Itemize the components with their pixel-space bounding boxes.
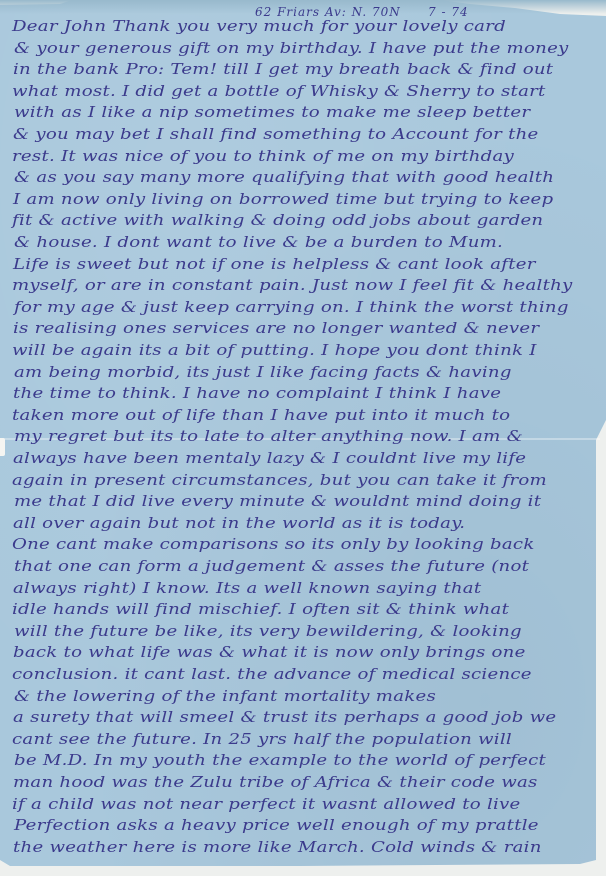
- letter-line: taken more out of life than I have put i…: [12, 409, 510, 424]
- letter-line: what most. I did get a bottle of Whisky …: [12, 85, 546, 100]
- letter-line: & as you say many more qualifying that w…: [14, 171, 554, 186]
- letter-line: myself, or are in constant pain. Just no…: [12, 279, 573, 294]
- letter-line: Perfection asks a heavy price well enoug…: [14, 819, 539, 834]
- letter-line: that one can form a judgement & asses th…: [14, 560, 529, 575]
- letter-line: will be again its a bit of putting. I ho…: [12, 344, 537, 359]
- letter-line: & house. I dont want to live & be a burd…: [14, 236, 503, 251]
- letter-line: Life is sweet but not if one is helpless…: [13, 258, 536, 273]
- letter-line: & your generous gift on my birthday. I h…: [14, 42, 569, 57]
- letter-line: cant see the future. In 25 yrs half the …: [12, 733, 512, 748]
- letter-line: conclusion. it cant last. the advance of…: [12, 668, 532, 683]
- letter-line: with as I like a nip sometimes to make m…: [14, 106, 530, 121]
- letter-line: idle hands will find mischief. I often s…: [12, 603, 509, 618]
- letter-line: again in present circumstances, but you …: [12, 474, 547, 489]
- letter-line: for my age & just keep carrying on. I th…: [14, 301, 569, 316]
- letter-line: will the future be like, its very bewild…: [14, 625, 522, 640]
- letter-line: fit & active with walking & doing odd jo…: [12, 214, 543, 229]
- letter-line: back to what life was & what it is now o…: [13, 646, 526, 661]
- letter-line: the time to think. I have no complaint I…: [13, 387, 501, 402]
- letter-line: & the lowering of the infant mortality m…: [14, 690, 436, 705]
- letter-line: & you may bet I shall find something to …: [13, 128, 539, 143]
- letter-address: 62 Friars Av: N. 70N: [255, 6, 401, 18]
- letter-line: all over again but not in the world as i…: [13, 517, 465, 532]
- letter-line: in the bank Pro: Tem! till I get my brea…: [13, 63, 553, 78]
- letter-line: always have been mentaly lazy & I couldn…: [13, 452, 526, 467]
- letter-line: if a child was not near perfect it wasnt…: [12, 798, 521, 813]
- letter-line: a surety that will smeel & trust its per…: [13, 711, 556, 726]
- letter-line: my regret but its to late to alter anyth…: [14, 430, 523, 445]
- letter-line: I am now only living on borrowed time bu…: [13, 193, 553, 208]
- letter-line: is realising ones services are no longer…: [13, 322, 539, 337]
- letter-line: am being morbid, its just I like facing …: [14, 366, 512, 381]
- letter-line: man hood was the Zulu tribe of Africa & …: [13, 776, 538, 791]
- letter-line: One cant make comparisons so its only by…: [12, 538, 535, 553]
- letter-line: always right) I know. Its a well known s…: [13, 582, 481, 597]
- letter-line: me that I did live every minute & wouldn…: [14, 495, 541, 510]
- letter-line: Dear John Thank you very much for your l…: [12, 20, 506, 35]
- paper-tab: [0, 438, 5, 456]
- letter-line: rest. It was nice of you to think of me …: [12, 150, 514, 165]
- letter-line: be M.D. In my youth the example to the w…: [14, 754, 546, 769]
- letter-line: the weather here is more like March. Col…: [13, 841, 542, 856]
- letter-date: 7 - 74: [428, 6, 469, 18]
